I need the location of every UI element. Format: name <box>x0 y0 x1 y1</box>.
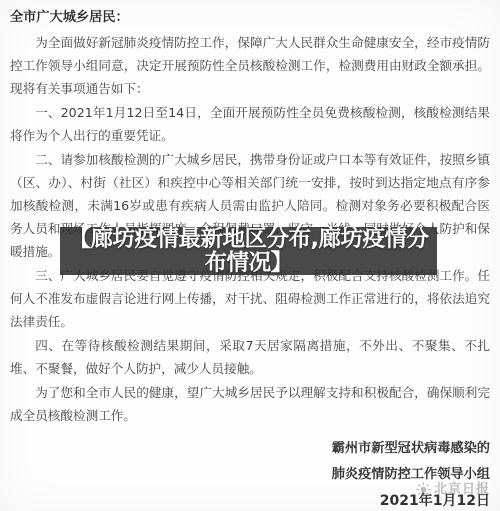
notice-paragraph-closing: 为了您和全市人民的健康，望广大城乡居民予以理解支持和积极配合，确保顺利完成全员核… <box>10 381 490 427</box>
notice-document: 全市广大城乡居民： 为全面做好新冠肺炎疫情防控工作，保障广大人民群众生命健康安全… <box>0 0 500 511</box>
signature-org-line-1: 霸州市新型冠状病毒感染的 <box>10 436 490 462</box>
signature-date: 2021年1月12日 <box>10 488 490 511</box>
notice-paragraph-intro: 为全面做好新冠肺炎疫情防控工作，保障广大人民群众生命健康安全，经市疫情防控工作领… <box>10 31 490 100</box>
title-overlay-text: 【廊坊疫情最新地区分布,廊坊疫情分布情况】 <box>68 227 428 275</box>
signature-block: 霸州市新型冠状病毒感染的 肺炎疫情防控工作领导小组 2021年1月12日 <box>10 436 490 511</box>
notice-paragraph-item-1: 一、2021年1月12日至14日，全面开展预防性全员免费核酸检测，核酸检测结果将… <box>10 101 490 147</box>
title-overlay-banner: 【廊坊疫情最新地区分布,廊坊疫情分布情况】 <box>60 227 437 275</box>
signature-org-line-2: 肺炎疫情防控工作领导小组 <box>10 462 490 488</box>
notice-salutation: 全市广大城乡居民： <box>10 6 490 30</box>
notice-paragraph-item-4: 四、在等待核酸检测结果期间，采取7天居家隔离措施，不外出、不聚集、不扎堆、不聚餐… <box>10 334 490 380</box>
